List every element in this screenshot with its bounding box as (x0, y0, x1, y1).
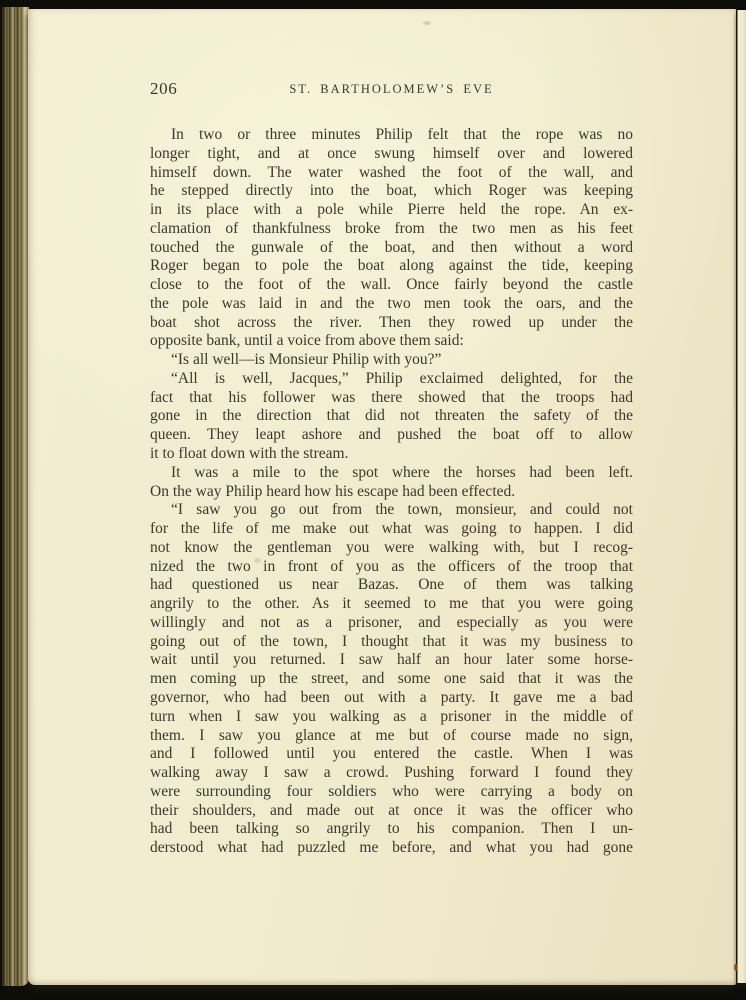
text-block: In two or three minutes Philip felt that… (150, 126, 633, 858)
text-line: the pole was laid in and the two men too… (150, 295, 633, 314)
text-line: and I followed until you entered the cas… (150, 745, 633, 764)
text-line: “I saw you go out from the town, monsieu… (150, 501, 633, 520)
text-line: governor, who had been out with a party.… (150, 689, 633, 708)
page-smudge (254, 558, 261, 563)
text-line: In two or three minutes Philip felt that… (150, 126, 633, 145)
text-line: not know the gentleman you were walking … (150, 539, 633, 558)
text-line: touched the gunwale of the boat, and the… (150, 239, 633, 258)
text-line: nized the two in front of you as the off… (150, 558, 633, 577)
text-line: turn when I saw you walking as a prisone… (150, 708, 633, 727)
text-line: had questioned us near Bazas. One of the… (150, 576, 633, 595)
text-line: gone in the direction that did not threa… (150, 407, 633, 426)
text-line: On the way Philip heard how his escape h… (150, 483, 633, 502)
text-line: close to the foot of the wall. Once fair… (150, 276, 633, 295)
text-line: queen. They leapt ashore and pushed the … (150, 426, 633, 445)
running-header: ST. BARTHOLOMEW’S EVE (150, 82, 633, 97)
book-page: 206 ST. BARTHOLOMEW’S EVE In two or thre… (28, 9, 736, 985)
text-line: It was a mile to the spot where the hors… (150, 464, 633, 483)
text-line: longer tight, and at once swung himself … (150, 145, 633, 164)
book-scan-scene: 206 ST. BARTHOLOMEW’S EVE In two or thre… (0, 0, 746, 1000)
adjacent-page-edge (737, 10, 746, 983)
text-line: going out of the town, I thought that it… (150, 633, 633, 652)
text-line: clamation of thankfulness broke from the… (150, 220, 633, 239)
text-line: himself down. The water washed the foot … (150, 164, 633, 183)
text-line: their shoulders, and made out at once it… (150, 802, 633, 821)
text-line: willingly and not as a prisoner, and esp… (150, 614, 633, 633)
text-line: boat shot across the river. Then they ro… (150, 314, 633, 333)
text-line: were surrounding four soldiers who were … (150, 783, 633, 802)
text-line: for the life of me make out what was goi… (150, 520, 633, 539)
text-line: them. I saw you glance at me but of cour… (150, 727, 633, 746)
page-smudge (423, 21, 431, 25)
text-line: “Is all well—is Monsieur Philip with you… (150, 351, 633, 370)
text-line: derstood what had puzzled me before, and… (150, 839, 633, 858)
text-line: wait until you returned. I saw half an h… (150, 651, 633, 670)
text-line: he stepped directly into the boat, which… (150, 182, 633, 201)
text-line: “All is well, Jacques,” Philip exclaimed… (150, 370, 633, 389)
page-header: 206 ST. BARTHOLOMEW’S EVE (150, 79, 633, 101)
text-line: angrily to the other. As it seemed to me… (150, 595, 633, 614)
text-line: Roger began to pole the boat along again… (150, 257, 633, 276)
text-line: walking away I saw a crowd. Pushing forw… (150, 764, 633, 783)
text-line: it to float down with the stream. (150, 445, 633, 464)
text-line: men coming up the street, and some one s… (150, 670, 633, 689)
text-line: had been talking so angrily to his compa… (150, 820, 633, 839)
text-line: fact that his follower was there showed … (150, 389, 633, 408)
text-line: opposite bank, until a voice from above … (150, 332, 633, 351)
book-page-edges (0, 7, 29, 986)
text-line: in its place with a pole while Pierre he… (150, 201, 633, 220)
